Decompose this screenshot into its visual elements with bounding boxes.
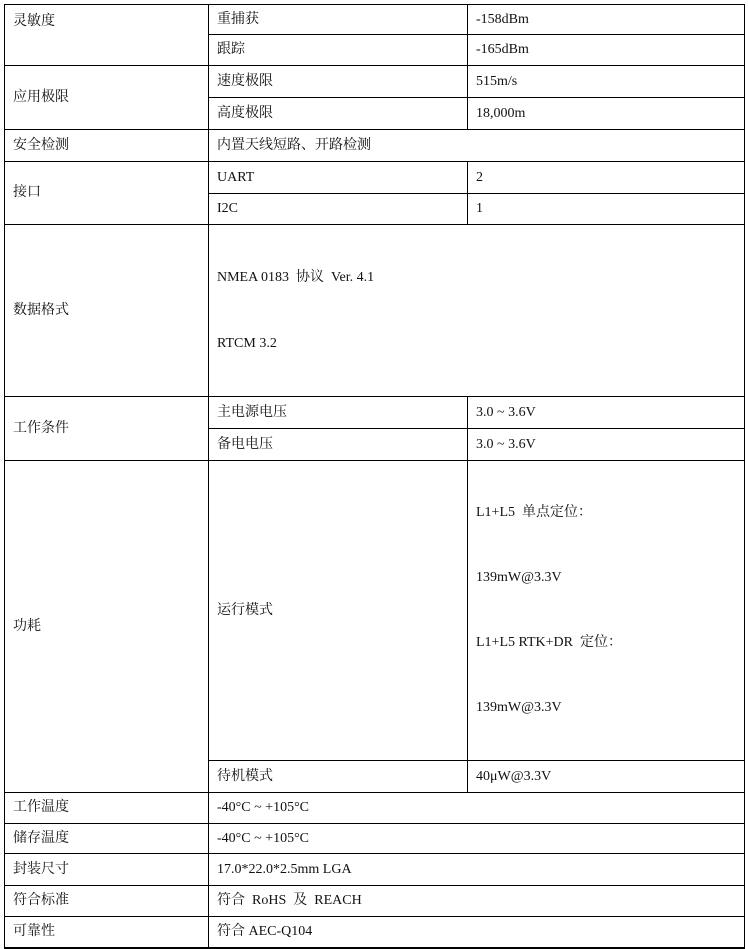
table-row: 符合标准 符合 RoHS 及 REACH bbox=[5, 886, 745, 917]
value-backup-voltage: 3.0 ~ 3.6V bbox=[468, 429, 745, 461]
table-row: 工作温度 -40°C ~ +105°C bbox=[5, 793, 745, 824]
value-data-format: NMEA 0183 协议 Ver. 4.1 RTCM 3.2 bbox=[209, 225, 745, 397]
param-main-supply-voltage: 主电源电压 bbox=[209, 397, 468, 429]
spec-table: 灵敏度 重捕获 -158dBm 跟踪 -165dBm 应用极限 速度极限 515… bbox=[4, 4, 745, 949]
category-package-size: 封装尺寸 bbox=[5, 854, 209, 886]
param-run-mode: 运行模式 bbox=[209, 461, 468, 761]
param-speed-limit: 速度极限 bbox=[209, 66, 468, 98]
value-line-nmea: NMEA 0183 协议 Ver. 4.1 bbox=[217, 262, 738, 293]
category-application-limits: 应用极限 bbox=[5, 66, 209, 130]
value-i2c-count: 1 bbox=[468, 194, 745, 225]
category-operating-conditions: 工作条件 bbox=[5, 397, 209, 461]
category-operating-temperature: 工作温度 bbox=[5, 793, 209, 824]
category-power-consumption: 功耗 bbox=[5, 461, 209, 793]
param-standby-mode: 待机模式 bbox=[209, 761, 468, 793]
value-line-rtcm: RTCM 3.2 bbox=[217, 328, 738, 359]
table-row: 接口 UART 2 bbox=[5, 162, 745, 194]
value-operating-temperature: -40°C ~ +105°C bbox=[209, 793, 745, 824]
table-row: 应用极限 速度极限 515m/s bbox=[5, 66, 745, 98]
value-speed-limit: 515m/s bbox=[468, 66, 745, 98]
value-tracking: -165dBm bbox=[468, 35, 745, 66]
value-run-mode: L1+L5 单点定位： 139mW@3.3V L1+L5 RTK+DR 定位： … bbox=[468, 461, 745, 761]
table-row: 可靠性 符合 AEC-Q104 bbox=[5, 917, 745, 948]
category-storage-temperature: 储存温度 bbox=[5, 824, 209, 854]
value-main-supply-voltage: 3.0 ~ 3.6V bbox=[468, 397, 745, 429]
category-reliability: 可靠性 bbox=[5, 917, 209, 948]
category-data-format: 数据格式 bbox=[5, 225, 209, 397]
param-altitude-limit: 高度极限 bbox=[209, 98, 468, 130]
param-i2c: I2C bbox=[209, 194, 468, 225]
param-backup-voltage: 备电电压 bbox=[209, 429, 468, 461]
value-line-l1l5-single: L1+L5 单点定位： bbox=[476, 498, 738, 528]
table-row: 功耗 运行模式 L1+L5 单点定位： 139mW@3.3V L1+L5 RTK… bbox=[5, 461, 745, 761]
param-reacquisition: 重捕获 bbox=[209, 5, 468, 35]
table-row: 安全检测 内置天线短路、开路检测 bbox=[5, 130, 745, 162]
value-storage-temperature: -40°C ~ +105°C bbox=[209, 824, 745, 854]
category-sensitivity: 灵敏度 bbox=[5, 5, 209, 66]
value-compliance-standard: 符合 RoHS 及 REACH bbox=[209, 886, 745, 917]
table-row: 封装尺寸 17.0*22.0*2.5mm LGA bbox=[5, 854, 745, 886]
value-line-rtk-power: 139mW@3.3V bbox=[476, 693, 738, 723]
value-package-size: 17.0*22.0*2.5mm LGA bbox=[209, 854, 745, 886]
param-uart: UART bbox=[209, 162, 468, 194]
table-row: 工作条件 主电源电压 3.0 ~ 3.6V bbox=[5, 397, 745, 429]
value-uart-count: 2 bbox=[468, 162, 745, 194]
value-line-rtk-dr: L1+L5 RTK+DR 定位： bbox=[476, 628, 738, 658]
table-row: 储存温度 -40°C ~ +105°C bbox=[5, 824, 745, 854]
value-safety-detection: 内置天线短路、开路检测 bbox=[209, 130, 745, 162]
param-tracking: 跟踪 bbox=[209, 35, 468, 66]
value-altitude-limit: 18,000m bbox=[468, 98, 745, 130]
category-compliance-standard: 符合标准 bbox=[5, 886, 209, 917]
table-row: 灵敏度 重捕获 -158dBm bbox=[5, 5, 745, 35]
category-safety-detection: 安全检测 bbox=[5, 130, 209, 162]
category-interface: 接口 bbox=[5, 162, 209, 225]
value-reacquisition: -158dBm bbox=[468, 5, 745, 35]
value-standby-mode: 40μW@3.3V bbox=[468, 761, 745, 793]
value-reliability: 符合 AEC-Q104 bbox=[209, 917, 745, 948]
value-line-single-power: 139mW@3.3V bbox=[476, 563, 738, 593]
table-row: 数据格式 NMEA 0183 协议 Ver. 4.1 RTCM 3.2 bbox=[5, 225, 745, 397]
